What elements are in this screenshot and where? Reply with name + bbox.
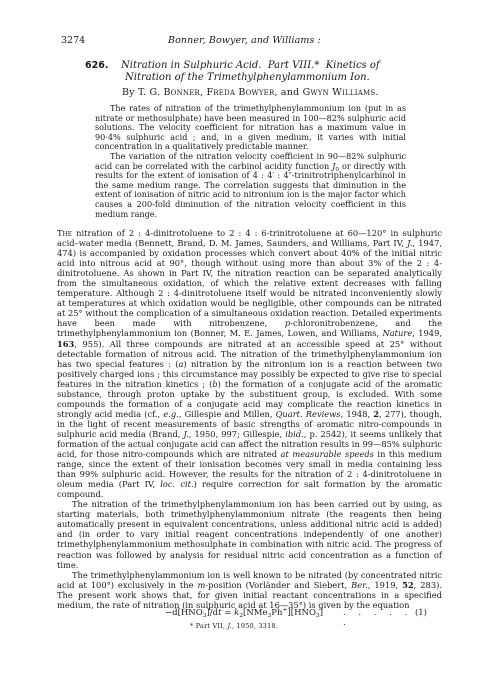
italic-abbrev: e.g. xyxy=(163,409,179,419)
author-initials: T. G. xyxy=(138,87,163,98)
running-head: 3274 Bonner, Bowyer, and Williams : xyxy=(61,35,441,47)
byline: By T. G. Bonner, Freda Bowyer, and Gwyn … xyxy=(122,87,379,98)
byline-prefix: By xyxy=(122,87,138,98)
article-title: Nitration in Sulphuric Acid. Part VIII.*… xyxy=(121,60,421,84)
text: or directly with results for the extent … xyxy=(95,161,406,219)
rate-equation: −d[HNO3]/dt = k2[NMe3Ph+][HNO3] . . . . … xyxy=(165,608,427,618)
text: , 1950, 3318. xyxy=(232,622,278,630)
author-name: Bowyer xyxy=(238,87,274,98)
text: Ph xyxy=(271,608,282,618)
journal-name: Nature xyxy=(382,328,412,338)
text: , 1948, xyxy=(341,409,374,419)
body-paragraph-1: The nitration of 2 : 4-dinitrotoluene to… xyxy=(57,228,442,499)
body-paragraph-3: The trimethylphenylammonium ion is well … xyxy=(57,570,442,610)
text: , Gillespie and Millen, xyxy=(179,409,276,419)
equals-sign: = xyxy=(222,608,235,618)
text: ]/d xyxy=(206,608,218,618)
footnote: * Part VII, J., 1950, 3318. xyxy=(190,622,278,630)
emphasis: at measurable speeds xyxy=(281,449,374,459)
author-initials: Freda xyxy=(206,87,238,98)
body-paragraph-2: The nitration of the trimethylphenylammo… xyxy=(57,499,442,569)
article-title-line-2: Nitration of the Trimethylphenylammonium… xyxy=(121,72,421,84)
text: [NMe xyxy=(243,608,268,618)
byline-end: . xyxy=(375,87,378,98)
equation-number: (1) xyxy=(415,608,427,618)
journal-name: Quart. Reviews xyxy=(276,409,341,419)
text: −d[HNO xyxy=(165,608,203,618)
text: ] xyxy=(320,608,323,618)
abstract-paragraph-1: The rates of nitration of the trimethylp… xyxy=(95,104,406,152)
text: , 1950, 997; Gillespie, xyxy=(189,429,285,439)
text: , 1949, xyxy=(412,328,442,338)
text: -position (Vorländer and Siebert, xyxy=(205,580,351,590)
page-number: 3274 xyxy=(61,35,85,46)
abstract: The rates of nitration of the trimethylp… xyxy=(95,104,406,219)
abstract-paragraph-2: The variation of the nitration velocity … xyxy=(95,152,406,219)
article-number: 626. xyxy=(85,60,108,72)
journal-page: 3274 Bonner, Bowyer, and Williams : 626.… xyxy=(0,0,500,679)
text: nitration of 2 : 4-dinitrotoluene to 2 :… xyxy=(57,228,442,248)
article-title-line-1: Nitration in Sulphuric Acid. Part VIII.*… xyxy=(121,60,380,71)
byline-separator: , and xyxy=(274,87,302,98)
author-initials: Gwyn xyxy=(303,87,333,98)
text: ][HNO xyxy=(287,608,315,618)
running-title-authors: Bonner, Bowyer, and Williams : xyxy=(168,35,321,46)
author-name: Bonner xyxy=(163,87,200,98)
italic-abbrev: ibid. xyxy=(285,429,304,439)
text: , 1919, xyxy=(368,580,402,590)
text: Part VII, xyxy=(196,622,228,630)
drop-word: The xyxy=(57,228,72,238)
italic-abbrev: loc. cit. xyxy=(160,479,193,489)
equation-body: −d[HNO3]/dt = k2[NMe3Ph+][HNO3] xyxy=(165,608,323,618)
volume-number: 163 xyxy=(57,339,74,349)
journal-abbrev: Ber. xyxy=(351,580,368,590)
body-text: The nitration of 2 : 4-dinitrotoluene to… xyxy=(57,228,442,610)
author-name: Williams xyxy=(332,87,375,98)
volume-number: 52 xyxy=(402,580,414,590)
text: , 1947, 474) is accompanied by oxidation… xyxy=(57,238,442,328)
